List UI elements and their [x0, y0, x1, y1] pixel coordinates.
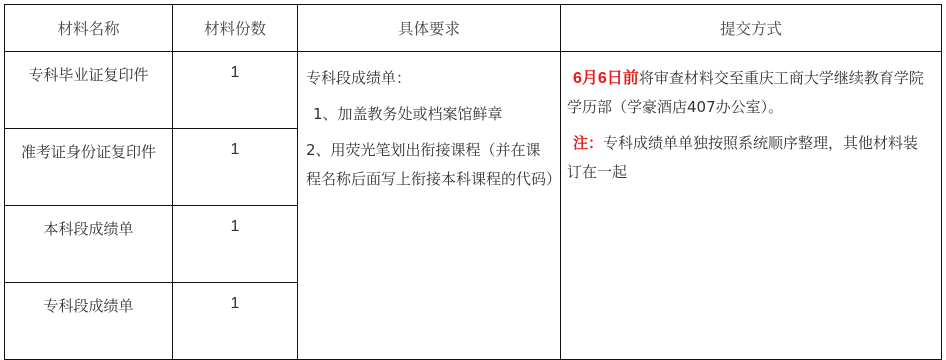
requirement-item-1: 1、加盖教务处或档案馆鲜章	[306, 100, 554, 129]
requirement-title: 专科段成绩单：	[306, 64, 554, 93]
material-count: 1	[173, 52, 298, 129]
material-name: 本科段成绩单	[5, 206, 173, 283]
material-count: 1	[173, 283, 298, 322]
submission-cell: 6月6日前将审查材料交至重庆工商大学继续教育学院学历部（学豪酒店407办公室）。…	[561, 52, 942, 322]
material-count: 1	[173, 129, 298, 206]
material-name: 准考证身份证复印件	[5, 129, 173, 206]
requirement-cell: 专科段成绩单： 1、加盖教务处或档案馆鲜章 2、用荧光笔划出衔接课程（并在课程名…	[298, 52, 561, 322]
header-material-name: 材料名称	[5, 5, 173, 52]
header-material-count: 材料份数	[173, 5, 298, 52]
submission-note: 注：专科成绩单单独按照系统顺序整理，其他材料装订在一起	[567, 129, 933, 187]
material-name: 专科毕业证复印件	[5, 52, 173, 129]
table-row: 专科毕业证复印件 1 专科段成绩单： 1、加盖教务处或档案馆鲜章 2、用荧光笔划…	[5, 52, 942, 129]
note-text: 专科成绩单单独按照系统顺序整理，其他材料装订在一起	[567, 134, 918, 181]
requirement-item-2: 2、用荧光笔划出衔接课程（并在课程名称后面写上衔接本科课程的代码）	[306, 136, 554, 194]
material-count: 1	[173, 206, 298, 283]
submission-instruction: 6月6日前将审查材料交至重庆工商大学继续教育学院学历部（学豪酒店407办公室）。	[567, 64, 933, 122]
header-submission: 提交方式	[561, 5, 942, 52]
note-label: 注：	[567, 134, 603, 152]
header-requirement: 具体要求	[298, 5, 561, 52]
material-name: 专科段成绩单	[5, 283, 173, 322]
deadline-highlight: 6月6日前	[567, 69, 639, 87]
table-header-row: 材料名称 材料份数 具体要求 提交方式	[5, 5, 942, 52]
materials-table: 材料名称 材料份数 具体要求 提交方式 专科毕业证复印件 1 专科段成绩单： 1…	[4, 4, 942, 321]
